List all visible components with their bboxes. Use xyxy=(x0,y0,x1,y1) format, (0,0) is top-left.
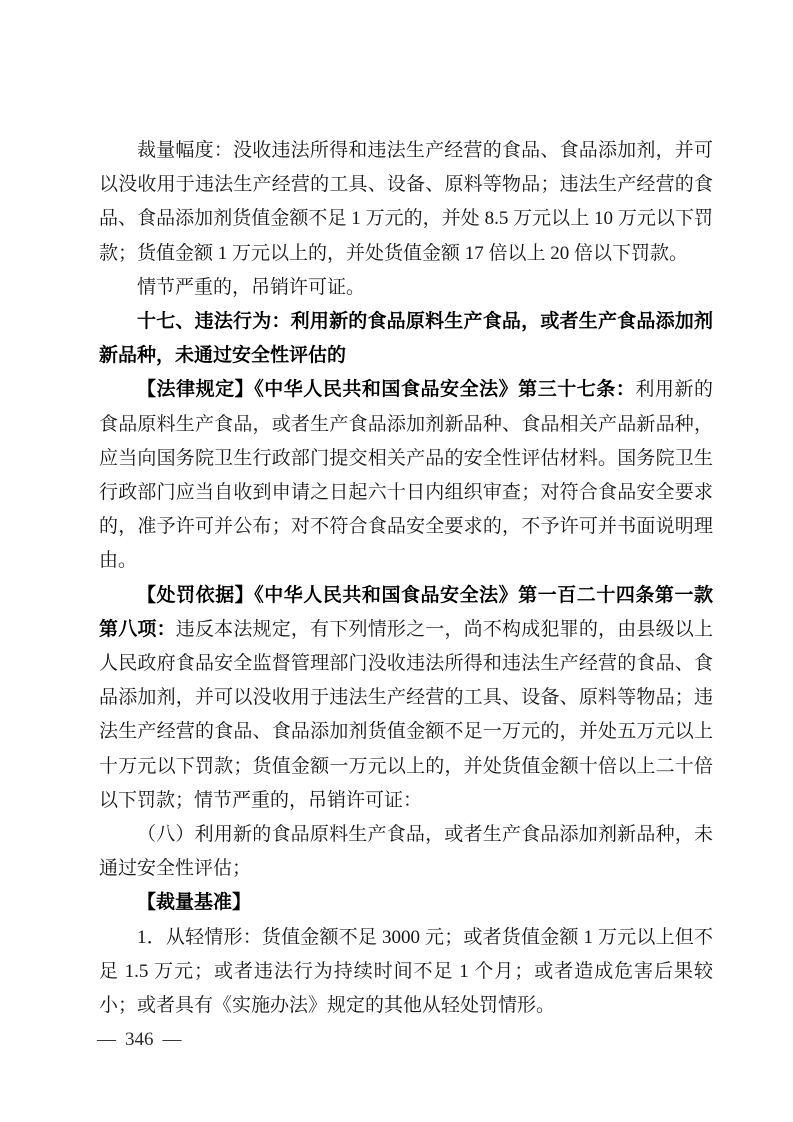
paragraph-text: 情节严重的，吊销许可证。 xyxy=(137,277,365,298)
paragraph-item-eight: （八）利用新的食品原料生产食品，或者生产食品添加剂新品种，未通过安全性评估； xyxy=(99,818,713,886)
section-heading-17: 十七、违法行为：利用新的食品原料生产食品，或者生产食品添加剂新品种，未通过安全性… xyxy=(99,305,713,373)
paragraph-text: 裁量幅度：没收违法所得和违法生产经营的食品、食品添加剂，并可以没收用于违法生产经… xyxy=(99,140,713,264)
page-number-footer: — 346 — xyxy=(97,1026,182,1054)
page-number: 346 xyxy=(125,1026,154,1054)
footer-right-dash: — xyxy=(163,1026,182,1054)
legal-provision-text: 利用新的食品原料生产食品，或者生产食品添加剂新品种、食品相关产品新品种，应当向国… xyxy=(99,379,713,571)
paragraph-penalty-basis: 【处罚依据】《中华人民共和国食品安全法》第一百二十四条第一款第八项：违反本法规定… xyxy=(99,579,713,818)
footer-left-dash: — xyxy=(97,1026,116,1054)
lenient-case-text: 1．从轻情形：货值金额不足 3000 元；或者货值金额 1 万元以上但不足 1.… xyxy=(99,927,713,1016)
paragraph-discretion-range: 裁量幅度：没收违法所得和违法生产经营的食品、食品添加剂，并可以没收用于违法生产经… xyxy=(99,134,713,271)
paragraph-lenient-case: 1．从轻情形：货值金额不足 3000 元；或者货值金额 1 万元以上但不足 1.… xyxy=(99,921,713,1024)
discretion-benchmark-label: 【裁量基准】 xyxy=(137,892,251,913)
paragraph-serious-case: 情节严重的，吊销许可证。 xyxy=(99,271,713,305)
penalty-basis-text: 违反本法规定，有下列情形之一，尚不构成犯罪的，由县级以上人民政府食品安全监督管理… xyxy=(99,619,713,811)
item-eight-text: （八）利用新的食品原料生产食品，或者生产食品添加剂新品种，未通过安全性评估； xyxy=(99,824,713,879)
paragraph-discretion-benchmark: 【裁量基准】 xyxy=(99,886,713,920)
paragraph-legal-provision: 【法律规定】《中华人民共和国食品安全法》第三十七条：利用新的食品原料生产食品，或… xyxy=(99,373,713,578)
section-heading-text: 十七、违法行为：利用新的食品原料生产食品，或者生产食品添加剂新品种，未通过安全性… xyxy=(99,311,713,366)
document-body: 裁量幅度：没收违法所得和违法生产经营的食品、食品添加剂，并可以没收用于违法生产经… xyxy=(99,134,713,1023)
legal-provision-label: 【法律规定】《中华人民共和国食品安全法》第三十七条： xyxy=(137,379,635,400)
